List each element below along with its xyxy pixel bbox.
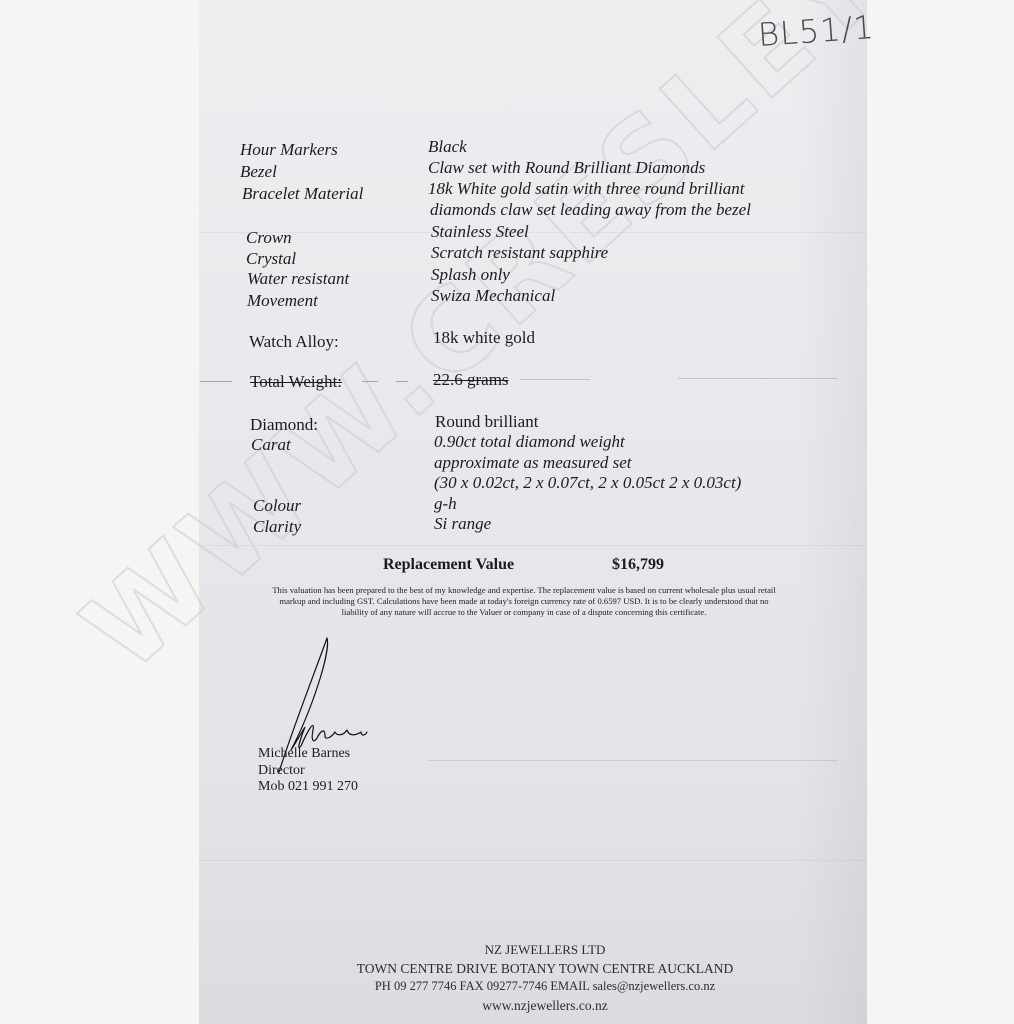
weight-label: Total Weight:: [250, 372, 342, 392]
spec-label-crystal: Crystal: [246, 249, 296, 269]
diamond-value: Round brilliant: [435, 412, 538, 432]
colour-label: Colour: [253, 496, 301, 516]
paper-fold: [199, 545, 867, 546]
carat-label: Carat: [251, 435, 291, 455]
paper-fold: [199, 232, 867, 233]
weight-value: 22.6 grams: [433, 370, 509, 390]
spec-value-bracelet-line1: 18k White gold satin with three round br…: [428, 179, 745, 199]
strike-mark: [200, 381, 232, 382]
spec-label-hour-markers: Hour Markers: [240, 140, 338, 160]
replacement-value-label: Replacement Value: [383, 556, 514, 574]
spec-value-bracelet-line2: diamonds claw set leading away from the …: [430, 200, 751, 220]
replacement-value-amount: $16,799: [612, 556, 664, 574]
handwritten-reference: BL51/1: [757, 8, 876, 54]
valuation-disclaimer: This valuation has been prepared to the …: [268, 585, 780, 618]
spec-label-bezel: Bezel: [240, 162, 277, 182]
signer-mobile: Mob 021 991 270: [258, 779, 358, 795]
company-address: TOWN CENTRE DRIVE BOTANY TOWN CENTRE AUC…: [330, 961, 760, 977]
spec-value-hour-markers: Black: [428, 137, 467, 157]
spec-label-water-resistant: Water resistant: [247, 269, 349, 289]
diamond-label: Diamond:: [250, 415, 318, 435]
spec-value-crown: Stainless Steel: [431, 222, 529, 242]
signer-title: Director: [258, 763, 305, 779]
paper-fold: [199, 860, 867, 861]
spec-label-crown: Crown: [246, 228, 292, 248]
alloy-value: 18k white gold: [433, 328, 535, 348]
strike-mark: [396, 381, 408, 382]
company-contact: PH 09 277 7746 FAX 09277-7746 EMAIL sale…: [330, 979, 760, 994]
spec-value-crystal: Scratch resistant sapphire: [431, 243, 608, 263]
company-website: www.nzjewellers.co.nz: [330, 998, 760, 1014]
strike-mark: [362, 381, 378, 382]
strike-mark: [678, 378, 838, 379]
spec-value-bezel: Claw set with Round Brilliant Diamonds: [428, 158, 705, 178]
carat-line-1: 0.90ct total diamond weight: [434, 432, 625, 452]
strike-mark: [520, 379, 590, 380]
clarity-value: Si range: [434, 514, 491, 534]
spec-value-movement: Swiza Mechanical: [431, 286, 555, 306]
carat-line-2: approximate as measured set: [434, 453, 632, 473]
company-name: NZ JEWELLERS LTD: [330, 942, 760, 958]
spec-label-movement: Movement: [247, 291, 318, 311]
spec-label-bracelet: Bracelet Material: [242, 184, 363, 204]
clarity-label: Clarity: [253, 517, 301, 537]
signer-name: Michelle Barnes: [258, 746, 350, 762]
alloy-label: Watch Alloy:: [249, 332, 339, 352]
colour-value: g-h: [434, 494, 457, 514]
faint-line: [428, 760, 838, 761]
carat-line-3: (30 x 0.02ct, 2 x 0.07ct, 2 x 0.05ct 2 x…: [434, 473, 741, 493]
spec-value-water-resistant: Splash only: [431, 265, 510, 285]
